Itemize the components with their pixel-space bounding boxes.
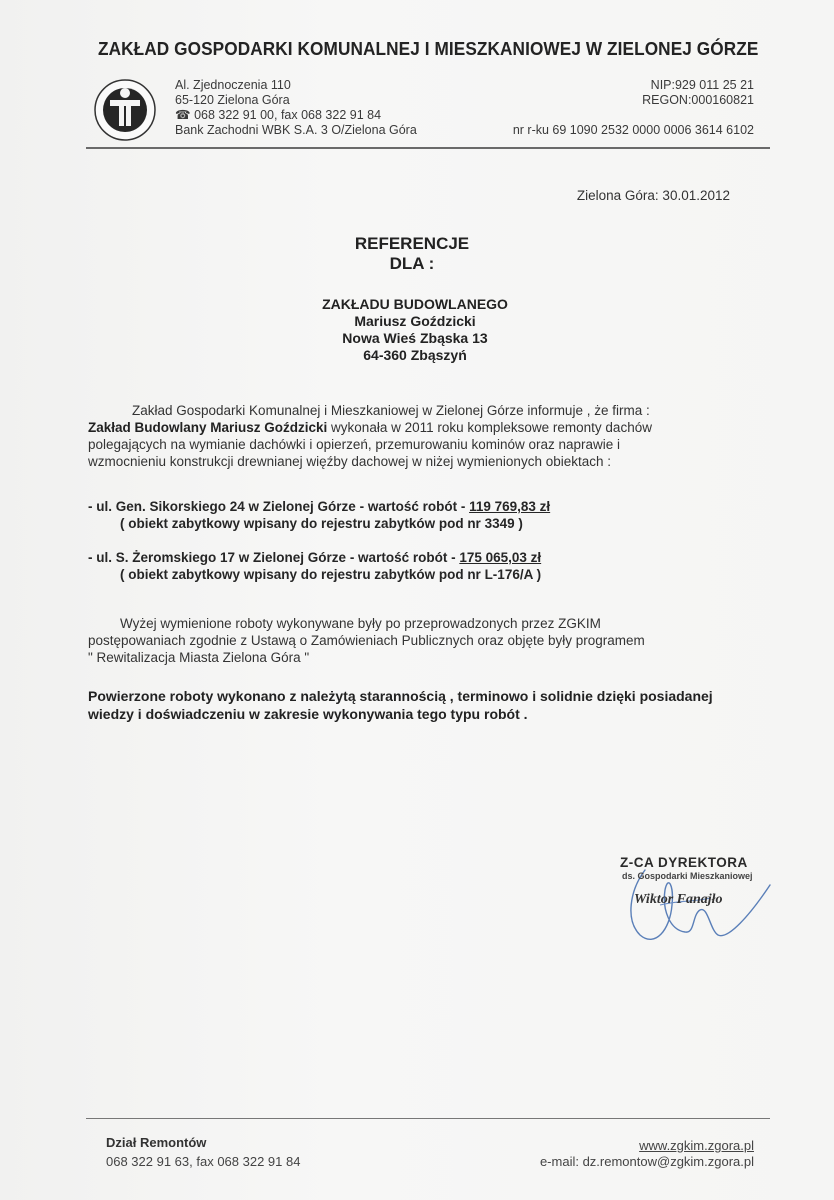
nip-number: NIP:929 011 25 21	[642, 78, 754, 93]
intro-text-cont: wykonała w 2011 roku kompleksowe remonty…	[327, 420, 652, 435]
procurement-paragraph: Wyżej wymienione roboty wykonywane były …	[88, 615, 645, 666]
footer-phones: 068 322 91 63, fax 068 322 91 84	[106, 1154, 300, 1169]
telephone-icon: ☎	[175, 108, 191, 122]
regon-number: REGON:000160821	[642, 93, 754, 108]
project-location: - ul. Gen. Sikorskiego 24 w Zielonej Gór…	[88, 499, 469, 514]
project-item: - ul. Gen. Sikorskiego 24 w Zielonej Gór…	[88, 498, 550, 532]
organization-name: ZAKŁAD GOSPODARKI KOMUNALNEJ I MIESZKANI…	[98, 38, 758, 60]
recipient-company: ZAKŁADU BUDOWLANEGO	[0, 296, 832, 313]
document-title: REFERENCJE	[0, 234, 829, 254]
address-street: Al. Zjednoczenia 110	[175, 78, 417, 93]
signatory-name: Wiktor Fanajło	[634, 892, 723, 908]
intro-text-line3: polegających na wymianie dachówki i opie…	[88, 436, 652, 453]
project-item: - ul. S. Żeromskiego 17 w Zielonej Górze…	[88, 549, 541, 583]
bank-account-number: nr r-ku 69 1090 2532 0000 0006 3614 6102	[513, 123, 754, 137]
project-location: - ul. S. Żeromskiego 17 w Zielonej Górze…	[88, 550, 459, 565]
signatory-title: Z-CA DYREKTORA	[620, 855, 748, 870]
footer-website-link[interactable]: www.zgkim.zgora.pl	[639, 1138, 754, 1153]
phone-fax-line: ☎ 068 322 91 00, fax 068 322 91 84	[175, 108, 417, 123]
project-note: ( obiekt zabytkowy wpisany do rejestru z…	[88, 566, 541, 583]
intro-text-line4: wzmocnieniu konstrukcji drewnianej więźb…	[88, 453, 652, 470]
program-name: " Rewitalizacja Miasta Zielona Góra "	[88, 649, 645, 666]
procurement-text: Wyżej wymienione roboty wykonywane były …	[120, 616, 601, 631]
conclusion-line1: Powierzone roboty wykonano z należytą st…	[88, 687, 713, 705]
conclusion-line2: wiedzy i doświadczeniu w zakresie wykony…	[88, 705, 713, 723]
project-value: 119 769,83 zł	[469, 499, 550, 514]
project-value: 175 065,03 zł	[459, 550, 541, 565]
signatory-department: ds. Gospodarki Mieszkaniowej	[622, 871, 753, 881]
footer-email[interactable]: e-mail: dz.remontow@zgkim.zgora.pl	[540, 1154, 754, 1169]
project-note: ( obiekt zabytkowy wpisany do rejestru z…	[88, 515, 550, 532]
header-registry-block: NIP:929 011 25 21 REGON:000160821	[642, 78, 754, 108]
recipient-street: Nowa Wieś Zbąska 13	[0, 330, 832, 347]
procurement-text-line2: postępowaniach zgodnie z Ustawą o Zamówi…	[88, 632, 645, 649]
intro-text: Zakład Gospodarki Komunalnej i Mieszkani…	[132, 403, 650, 418]
address-city: 65-120 Zielona Góra	[175, 93, 417, 108]
bank-name: Bank Zachodni WBK S.A. 3 O/Zielona Góra	[175, 123, 417, 138]
phone-fax-text: 068 322 91 00, fax 068 322 91 84	[194, 108, 381, 122]
document-title-for: DLA :	[0, 254, 829, 274]
recipient-city: 64-360 Zbąszyń	[0, 347, 832, 364]
document-page: ZAKŁAD GOSPODARKI KOMUNALNEJ I MIESZKANI…	[0, 0, 834, 1200]
recipient-owner: Mariusz Goździcki	[0, 313, 832, 330]
header-address-block: Al. Zjednoczenia 110 65-120 Zielona Góra…	[175, 78, 417, 138]
recipient-block: ZAKŁADU BUDOWLANEGO Mariusz Goździcki No…	[0, 296, 832, 364]
conclusion-paragraph: Powierzone roboty wykonano z należytą st…	[88, 687, 713, 723]
footer-department: Dział Remontów	[106, 1135, 206, 1150]
document-date: Zielona Góra: 30.01.2012	[577, 188, 730, 203]
footer-divider	[86, 1118, 770, 1119]
intro-paragraph: Zakład Gospodarki Komunalnej i Mieszkani…	[88, 402, 652, 470]
contractor-name: Zakład Budowlany Mariusz Goździcki	[88, 420, 327, 435]
organization-logo-icon	[93, 78, 157, 142]
header-divider	[86, 147, 770, 149]
